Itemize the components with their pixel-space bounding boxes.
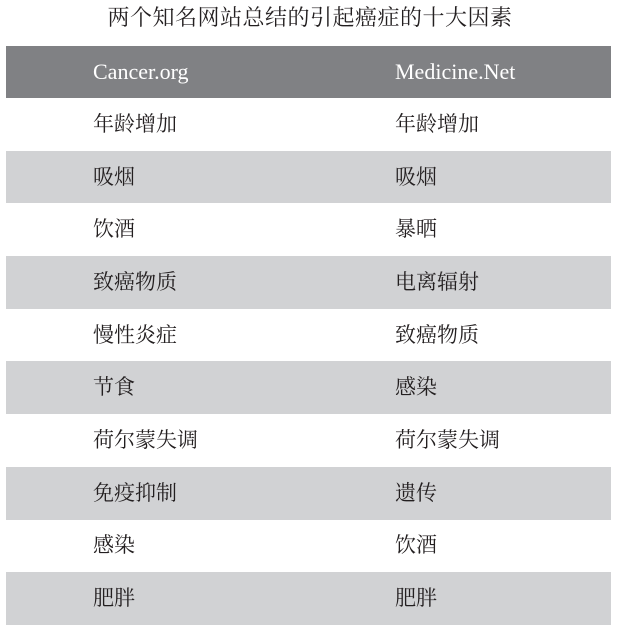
table-row: 吸烟 吸烟 bbox=[6, 151, 611, 204]
cell-medicine-net: 吸烟 bbox=[395, 167, 437, 188]
cell-cancer-org: 感染 bbox=[93, 535, 135, 556]
page-title: 两个知名网站总结的引起癌症的十大因素 bbox=[0, 2, 620, 36]
cell-medicine-net: 肥胖 bbox=[395, 588, 437, 609]
cell-cancer-org: 慢性炎症 bbox=[93, 325, 177, 346]
table-header: Cancer.org Medicine.Net bbox=[6, 46, 611, 98]
table-row: 感染 饮酒 bbox=[6, 520, 611, 573]
cell-medicine-net: 遗传 bbox=[395, 483, 437, 504]
cell-medicine-net: 年龄增加 bbox=[395, 114, 479, 135]
cell-cancer-org: 饮酒 bbox=[93, 219, 135, 240]
cell-cancer-org: 年龄增加 bbox=[93, 114, 177, 135]
cell-medicine-net: 荷尔蒙失调 bbox=[395, 430, 500, 451]
cell-medicine-net: 感染 bbox=[395, 377, 437, 398]
cancer-factors-table: Cancer.org Medicine.Net 年龄增加 年龄增加 吸烟 吸烟 … bbox=[6, 46, 611, 625]
cell-medicine-net: 暴晒 bbox=[395, 219, 437, 240]
cell-medicine-net: 电离辐射 bbox=[395, 272, 479, 293]
column-header-cancer-org: Cancer.org bbox=[93, 61, 189, 83]
table-row: 免疫抑制 遗传 bbox=[6, 467, 611, 520]
cell-cancer-org: 免疫抑制 bbox=[93, 483, 177, 504]
cell-cancer-org: 肥胖 bbox=[93, 588, 135, 609]
cell-cancer-org: 节食 bbox=[93, 377, 135, 398]
table-row: 肥胖 肥胖 bbox=[6, 572, 611, 625]
cell-cancer-org: 荷尔蒙失调 bbox=[93, 430, 198, 451]
table-row: 致癌物质 电离辐射 bbox=[6, 256, 611, 309]
table-row: 饮酒 暴晒 bbox=[6, 203, 611, 256]
cell-medicine-net: 饮酒 bbox=[395, 535, 437, 556]
cell-cancer-org: 致癌物质 bbox=[93, 272, 177, 293]
cell-medicine-net: 致癌物质 bbox=[395, 325, 479, 346]
table-row: 年龄增加 年龄增加 bbox=[6, 98, 611, 151]
column-header-medicine-net: Medicine.Net bbox=[395, 61, 515, 83]
table-row: 荷尔蒙失调 荷尔蒙失调 bbox=[6, 414, 611, 467]
cell-cancer-org: 吸烟 bbox=[93, 167, 135, 188]
table-row: 节食 感染 bbox=[6, 361, 611, 414]
table-row: 慢性炎症 致癌物质 bbox=[6, 309, 611, 362]
